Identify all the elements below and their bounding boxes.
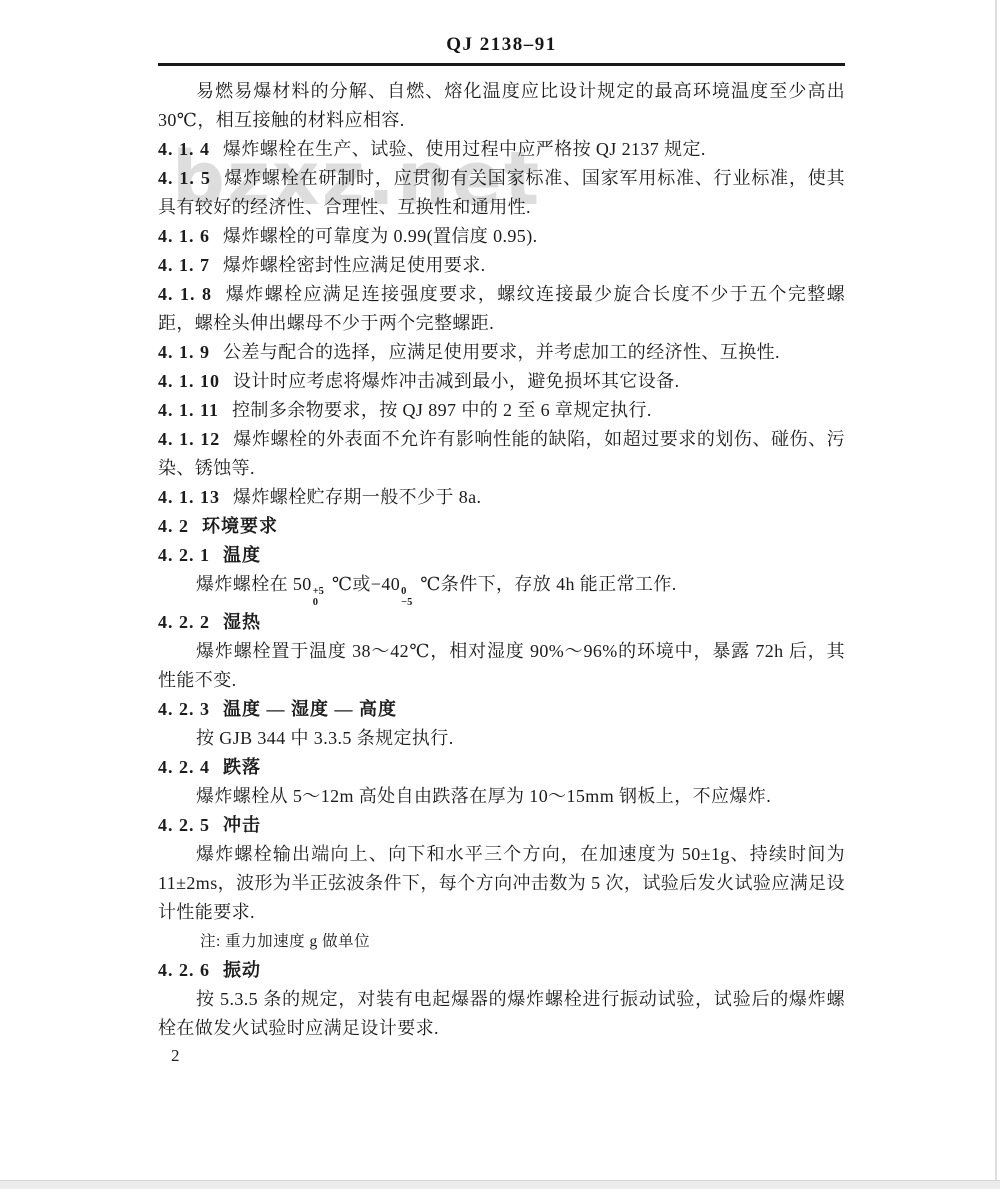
tolerance-notation: 0−5 [401,586,412,608]
section-number: 4. 1. 11 [158,400,219,420]
section-number: 4. 1. 13 [158,487,220,507]
doc-body: 易燃易爆材料的分解、自燃、熔化温度应比设计规定的最高环境温度至少高出 30℃，相… [158,77,845,1043]
standard-number: QJ 2138–91 [158,34,845,56]
section-number: 4. 1. 9 [158,342,210,362]
paragraph: 爆炸螺栓在 50+50 ℃或−400−5 ℃条件下，存放 4h 能正常工作. [158,570,845,608]
paragraph: 4. 1. 4爆炸螺栓在生产、试验、使用过程中应严格按 QJ 2137 规定. [158,135,845,164]
section-number: 4. 2 [158,516,189,536]
doc-header: QJ 2138–91 [158,34,845,66]
section-number: 4. 1. 12 [158,429,220,449]
paragraph: 4. 1. 13爆炸螺栓贮存期一般不少于 8a. [158,483,845,512]
header-rule [158,63,845,66]
section-number: 4. 1. 4 [158,139,210,159]
note-line: 注: 重力加速度 g 做单位 [158,927,845,956]
paragraph: 按 GJB 344 中 3.3.5 条规定执行. [158,724,845,753]
paragraph: 爆炸螺栓输出端向上、向下和水平三个方向，在加速度为 50±1g、持续时间为 11… [158,840,845,927]
paragraph: 按 5.3.5 条的规定，对装有电起爆器的爆炸螺栓进行振动试验，试验后的爆炸螺栓… [158,985,845,1043]
tolerance-notation: +50 [313,586,324,608]
section-heading: 4. 2环境要求 [158,512,845,541]
paragraph: 4. 1. 7爆炸螺栓密封性应满足使用要求. [158,251,845,280]
paragraph: 4. 1. 5爆炸螺栓在研制时，应贯彻有关国家标准、国家军用标准、行业标准，使其… [158,164,845,222]
section-number: 4. 2. 2 [158,612,210,632]
scan-edge-right [995,0,997,1189]
section-number: 4. 2. 1 [158,545,210,565]
paragraph: 4. 1. 6爆炸螺栓的可靠度为 0.99(置信度 0.95). [158,222,845,251]
section-number: 4. 2. 5 [158,815,210,835]
paragraph: 爆炸螺栓置于温度 38～42℃，相对湿度 90%～96%的环境中，暴露 72h … [158,637,845,695]
page-number: 2 [171,1046,180,1066]
paragraph: 易燃易爆材料的分解、自燃、熔化温度应比设计规定的最高环境温度至少高出 30℃，相… [158,77,845,135]
section-heading: 4. 2. 3温度 — 湿度 — 高度 [158,695,845,724]
section-number: 4. 1. 7 [158,255,210,275]
section-number: 4. 1. 8 [158,284,212,304]
section-number: 4. 1. 10 [158,371,220,391]
paragraph: 4. 1. 11控制多余物要求，按 QJ 897 中的 2 至 6 章规定执行. [158,396,845,425]
document-page: bzxz.net QJ 2138–91 易燃易爆材料的分解、自燃、熔化温度应比设… [0,0,1000,1189]
section-heading: 4. 2. 1温度 [158,541,845,570]
paragraph: 4. 1. 9公差与配合的选择，应满足使用要求，并考虑加工的经济性、互换性. [158,338,845,367]
section-heading: 4. 2. 2湿热 [158,608,845,637]
section-number: 4. 1. 6 [158,226,210,246]
section-number: 4. 2. 4 [158,757,210,777]
section-heading: 4. 2. 5冲击 [158,811,845,840]
paragraph: 4. 1. 8爆炸螺栓应满足连接强度要求，螺纹连接最少旋合长度不少于五个完整螺距… [158,280,845,338]
paragraph: 爆炸螺栓从 5～12m 高处自由跌落在厚为 10～15mm 钢板上，不应爆炸. [158,782,845,811]
section-number: 4. 1. 5 [158,168,211,188]
paragraph: 4. 1. 10设计时应考虑将爆炸冲击减到最小，避免损坏其它设备. [158,367,845,396]
section-number: 4. 2. 6 [158,960,210,980]
section-number: 4. 2. 3 [158,699,210,719]
section-heading: 4. 2. 6振动 [158,956,845,985]
section-heading: 4. 2. 4跌落 [158,753,845,782]
paragraph: 4. 1. 12爆炸螺栓的外表面不允许有影响性能的缺陷，如超过要求的划伤、碰伤、… [158,425,845,483]
scan-edge-bottom [0,1180,1000,1189]
